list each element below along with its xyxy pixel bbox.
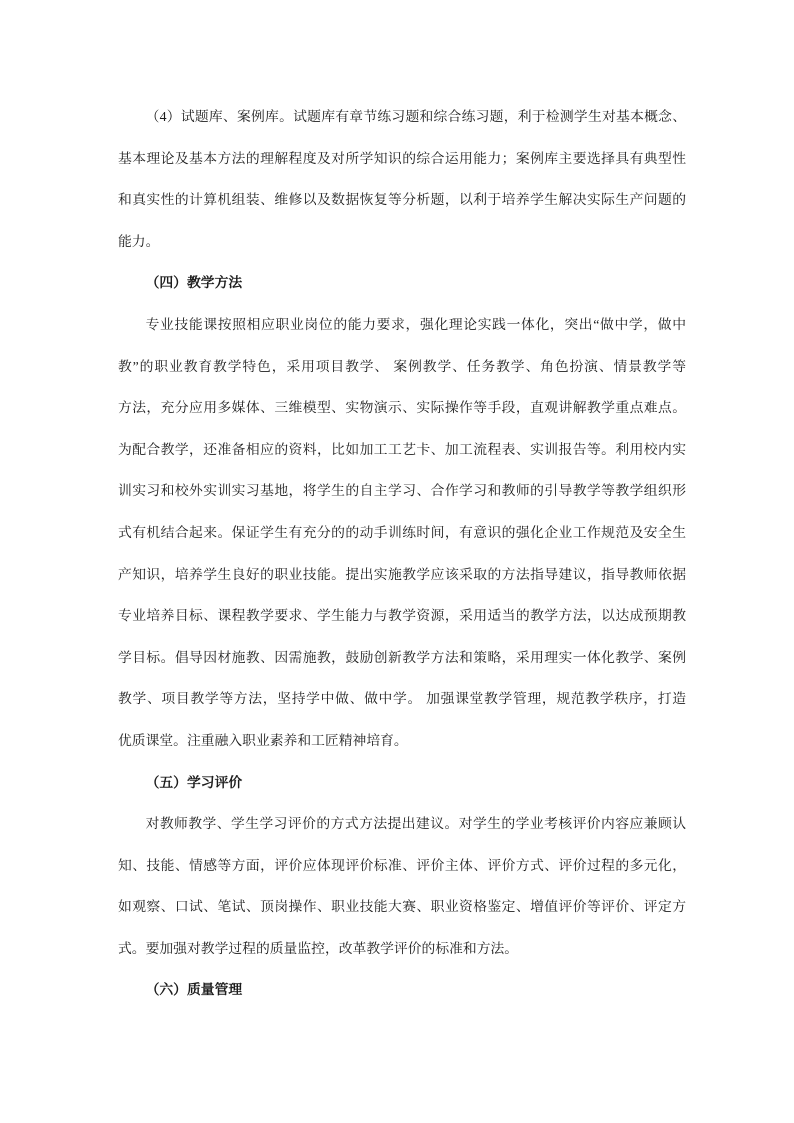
section-heading-teaching-methods: （四）教学方法 (118, 262, 686, 304)
text-line: 专业培养目标、课程教学要求、学生能力与教学资源，采用适当的教学方法，以达成预期教 (118, 595, 686, 637)
text-line: 对教师教学、学生学习评价的方式方法提出建议。对学生的学业考核评价内容应兼顾认 (118, 803, 686, 845)
section-heading-learning-evaluation: （五）学习评价 (118, 762, 686, 804)
section-heading-quality-management: （六）质量管理 (118, 969, 686, 1011)
text-line: 学目标。倡导因材施教、因需施教，鼓励创新教学方法和策略，采用理实一体化教学、案例 (118, 637, 686, 679)
text-line: 式有机结合起来。保证学生有充分的的动手训练时间，有意识的强化企业工作规范及安全生 (118, 512, 686, 554)
text-line: 专业技能课按照相应职业岗位的能力要求，强化理论实践一体化，突出“做中学，做中 (118, 304, 686, 346)
document-body: （4）试题库、案例库。试题库有章节练习题和综合练习题，利于检测学生对基本概念、 … (118, 96, 686, 1011)
text-line: 优质课堂。注重融入职业素养和工匠精神培育。 (118, 720, 686, 762)
text-line: 式。要加强对教学过程的质量监控，改革教学评价的标准和方法。 (118, 928, 686, 970)
text-line: 教”的职业教育教学特色，采用项目教学、 案例教学、任务教学、角色扮演、情景教学等 (118, 346, 686, 388)
text-line: 为配合教学，还准备相应的资料，比如加工工艺卡、加工流程表、实训报告等。利用校内实 (118, 429, 686, 471)
text-line: 方法，充分应用多媒体、三维模型、实物演示、实际操作等手段，直观讲解教学重点难点。 (118, 387, 686, 429)
text-line: 和真实性的计算机组装、维修以及数据恢复等分析题，以利于培养学生解决实际生产问题的 (118, 179, 686, 221)
text-line: 产知识，培养学生良好的职业技能。提出实施教学应该采取的方法指导建议，指导教师依据 (118, 554, 686, 596)
text-line: 如观察、口试、笔试、顶岗操作、职业技能大赛、职业资格鉴定、增值评价等评价、评定方 (118, 886, 686, 928)
text-line: 能力。 (118, 221, 686, 263)
document-page: （4）试题库、案例库。试题库有章节练习题和综合练习题，利于检测学生对基本概念、 … (0, 0, 794, 1123)
text-line: 基本理论及基本方法的理解程度及对所学知识的综合运用能力；案例库主要选择具有典型性 (118, 138, 686, 180)
text-line: 知、技能、情感等方面，评价应体现评价标准、评价主体、评价方式、评价过程的多元化， (118, 845, 686, 887)
text-line: 训实习和校外实训实习基地，将学生的自主学习、合作学习和教师的引导教学等教学组织形 (118, 470, 686, 512)
text-line: 教学、项目教学等方法，坚持学中做、做中学。 加强课堂教学管理，规范教学秩序，打造 (118, 678, 686, 720)
text-line: （4）试题库、案例库。试题库有章节练习题和综合练习题，利于检测学生对基本概念、 (118, 96, 686, 138)
